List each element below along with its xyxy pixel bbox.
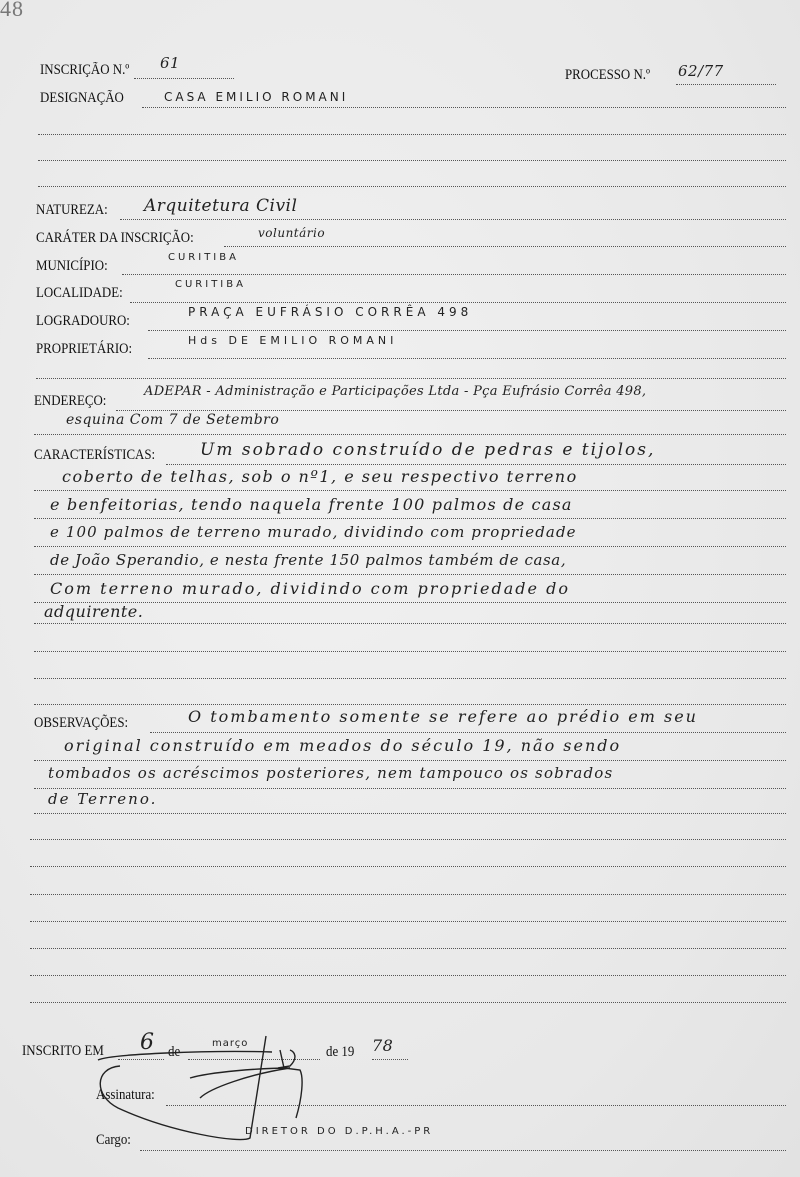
blank-line [34, 704, 786, 705]
caracteristicas-line-7: adquirente. [44, 602, 143, 621]
designacao-value: CASA EMILIO ROMANI [164, 90, 348, 104]
caracteristicas-line [34, 602, 786, 603]
blank-line [36, 378, 786, 379]
caracteristicas-line-4: e 100 palmos de terreno murado, dividind… [50, 523, 577, 541]
processo-label: PROCESSO N.º [565, 67, 650, 84]
endereco-line [116, 410, 786, 411]
caracteristicas-line [34, 574, 786, 575]
carater-line [224, 246, 786, 247]
caracteristicas-line [34, 546, 786, 547]
caracteristicas-line [34, 623, 786, 624]
blank-line [30, 866, 786, 867]
cargo-line [140, 1150, 786, 1151]
natureza-value: Arquitetura Civil [144, 196, 297, 216]
designacao-line [142, 107, 786, 108]
caracteristicas-line-6: Com terreno murado, dividindo com propri… [50, 579, 570, 598]
cargo-label: Cargo: [96, 1132, 131, 1149]
blank-line [34, 678, 786, 679]
endereco-line-2: esquina Com 7 de Setembro [66, 412, 279, 428]
municipio-line [122, 274, 786, 275]
endereco-line-1: ADEPAR - Administração e Participações L… [144, 384, 646, 399]
inscricao-value: 61 [160, 54, 180, 72]
blank-line [30, 948, 786, 949]
blank-line [34, 651, 786, 652]
caracteristicas-line-1: Um sobrado construído de pedras e tijolo… [200, 440, 655, 460]
blank-line [30, 894, 786, 895]
observacoes-line-3: tombados os acréscimos posteriores, nem … [48, 764, 613, 782]
natureza-line [120, 219, 786, 220]
localidade-label: LOCALIDADE: [36, 285, 123, 302]
observacoes-line-4: de Terreno. [48, 790, 157, 808]
inscricao-line [134, 78, 234, 79]
page-number: 48 [0, 0, 24, 22]
municipio-label: MUNICÍPIO: [36, 258, 108, 275]
proprietario-label: PROPRIETÁRIO: [36, 341, 132, 358]
localidade-value: CURITIBA [175, 279, 246, 290]
caracteristicas-line [34, 490, 786, 491]
blank-line [30, 921, 786, 922]
endereco-label: ENDEREÇO: [34, 393, 106, 410]
proprietario-value: Hds DE EMILIO ROMANI [188, 334, 397, 347]
caracteristicas-line-2: coberto de telhas, sob o nº1, e seu resp… [62, 467, 578, 486]
localidade-line [130, 302, 786, 303]
carater-value: voluntário [258, 226, 325, 240]
caracteristicas-line [166, 464, 786, 465]
observacoes-line [150, 732, 786, 733]
caracteristicas-label: CARACTERÍSTICAS: [34, 447, 155, 464]
blank-line [30, 839, 786, 840]
inscricao-label: INSCRIÇÃO N.º [40, 62, 129, 79]
logradouro-value: PRAÇA EUFRÁSIO CORRÊA 498 [188, 305, 472, 319]
blank-line [30, 1002, 786, 1003]
processo-value: 62/77 [678, 62, 724, 80]
endereco-line [34, 434, 786, 435]
blank-line [30, 975, 786, 976]
de-label-2: de 19 [326, 1044, 354, 1061]
municipio-value: CURITIBA [168, 252, 239, 263]
caracteristicas-line-3: e benfeitorias, tendo naquela frente 100… [50, 495, 573, 514]
cargo-value: DIRETOR DO D.P.H.A.-PR [245, 1126, 433, 1137]
observacoes-line [34, 788, 786, 789]
year-line [372, 1059, 408, 1060]
observacoes-line [34, 813, 786, 814]
blank-line [38, 134, 786, 135]
processo-line [676, 84, 776, 85]
natureza-label: NATUREZA: [36, 202, 108, 219]
proprietario-line [148, 358, 786, 359]
observacoes-line-1: O tombamento somente se refere ao prédio… [188, 707, 698, 726]
blank-line [38, 186, 786, 187]
designacao-label: DESIGNAÇÃO [40, 90, 124, 107]
blank-line [38, 160, 786, 161]
observacoes-line-2: original construído em meados do século … [64, 736, 621, 755]
registration-form-page: 48 INSCRIÇÃO N.º 61 PROCESSO N.º 62/77 D… [0, 0, 800, 1177]
logradouro-line [148, 330, 786, 331]
caracteristicas-line [34, 518, 786, 519]
carater-label: CARÁTER DA INSCRIÇÃO: [36, 230, 194, 247]
observacoes-line [34, 760, 786, 761]
observacoes-label: OBSERVAÇÕES: [34, 715, 128, 732]
inscrito-year: 78 [372, 1036, 393, 1055]
logradouro-label: LOGRADOURO: [36, 313, 130, 330]
caracteristicas-line-5: de João Sperandio, e nesta frente 150 pa… [50, 551, 566, 569]
